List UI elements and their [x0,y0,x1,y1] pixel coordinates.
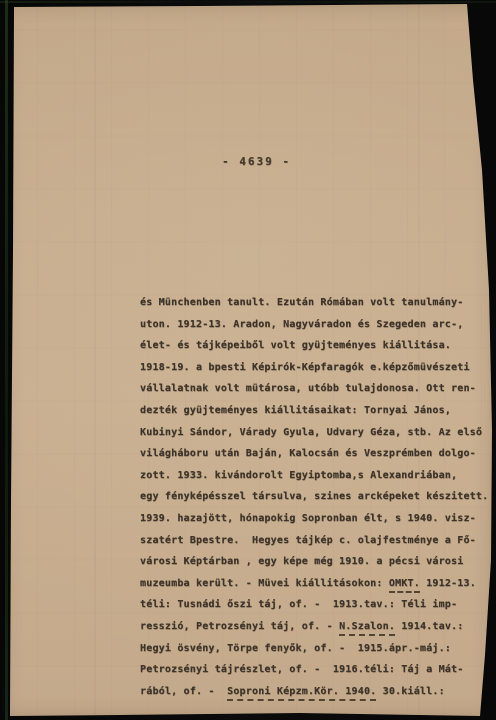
page-number: - 4639 - [222,155,291,168]
text-segment: zott. 1933. kivándorolt Egyiptomba,s Ale… [140,470,457,481]
text-segment: 1918-19. a bpesti Képirók-Képfaragók e.k… [140,362,470,373]
text-line: zott. 1933. kivándorolt Egyiptomba,s Ale… [140,465,488,487]
text-segment: resszió, Petrozsényi táj, of. - [140,621,339,632]
underlined-text: Soproni Képzm.Kör. 1940. [227,686,376,701]
text-line: vállalatnak volt mütárosa, utóbb tulajdo… [140,378,488,400]
text-line: 1939. hazajött, hónapokig Sopronban élt,… [140,508,488,530]
text-line: 1918-19. a bpesti Képirók-Képfaragók e.k… [140,357,488,379]
text-line: uton. 1912-13. Aradon, Nagyváradon és Sz… [140,314,488,336]
text-segment: 30.kiáll.: [376,686,444,697]
text-line: Hegyi ösvény, Törpe fenyők, of. - 1915.á… [140,638,488,660]
text-line: városi Képtárban , egy képe még 1910. a … [140,551,488,573]
text-segment: városi Képtárban , egy képe még 1910. a … [140,556,463,567]
text-segment: dezték gyüjteményes kiállitásaikat: Torn… [140,405,451,416]
text-segment: 1912-13. [420,578,476,589]
text-segment: Kubinyi Sándor, Várady Gyula, Udvary Géz… [140,427,482,438]
text-line: élet- és tájképeiből volt gyüjteményes k… [140,335,488,357]
text-line: resszió, Petrozsényi táj, of. - N.Szalon… [140,616,488,638]
text-segment: vállalatnak volt mütárosa, utóbb tulajdo… [140,383,476,394]
text-line: muzeumba került. - Müvei kiállitásokon: … [140,573,488,595]
text-segment: 1939. hazajött, hónapokig Sopronban élt,… [140,513,476,524]
text-segment: szatért Bpestre. Hegyes tájkép c. olajfe… [140,535,476,546]
text-line: világháboru után Baján, Kalocsán és Vesz… [140,443,488,465]
underlined-text: N.Szalon. [339,621,395,636]
text-line: szatért Bpestre. Hegyes tájkép c. olajfe… [140,530,488,552]
underlined-text: OMKT. [389,578,420,593]
text-line: és Münchenben tanult. Ezután Rómában vol… [140,292,488,314]
text-segment: uton. 1912-13. Aradon, Nagyváradon és Sz… [140,319,463,330]
text-line: téli: Tusnádi őszi táj, of. - 1913.tav.:… [140,594,488,616]
scan-border-accent-left [5,0,8,720]
typewritten-text: és Münchenben tanult. Ezután Rómában vol… [140,292,488,702]
text-segment: Petrozsényi tájrészlet, of. - 1916.téli:… [140,664,463,675]
text-segment: világháboru után Baján, Kalocsán és Vesz… [140,448,476,459]
text-segment: rából, of. - [140,686,227,697]
text-line: Kubinyi Sándor, Várady Gyula, Udvary Géz… [140,422,488,444]
text-line: egy fényképésszel társulva, szines arcké… [140,486,488,508]
scan-border-accent-top [0,1,496,3]
text-segment: muzeumba került. - Müvei kiállitásokon: [140,578,389,589]
text-line: rából, of. - Soproni Képzm.Kör. 1940. 30… [140,681,488,703]
text-line: Petrozsényi tájrészlet, of. - 1916.téli:… [140,659,488,681]
text-segment: egy fényképésszel társulva, szines arcké… [140,491,488,502]
text-segment: Hegyi ösvény, Törpe fenyők, of. - 1915.á… [140,643,451,654]
text-segment: téli: Tusnádi őszi táj, of. - 1913.tav.:… [140,599,457,610]
text-segment: és Münchenben tanult. Ezután Rómában vol… [140,297,463,308]
scanned-paper-sheet: - 4639 - és Münchenben tanult. Ezután Ró… [0,0,496,720]
text-line: dezték gyüjteményes kiállitásaikat: Torn… [140,400,488,422]
text-segment: 1914.tav.: [395,621,463,632]
text-segment: élet- és tájképeiből volt gyüjteményes k… [140,340,451,351]
